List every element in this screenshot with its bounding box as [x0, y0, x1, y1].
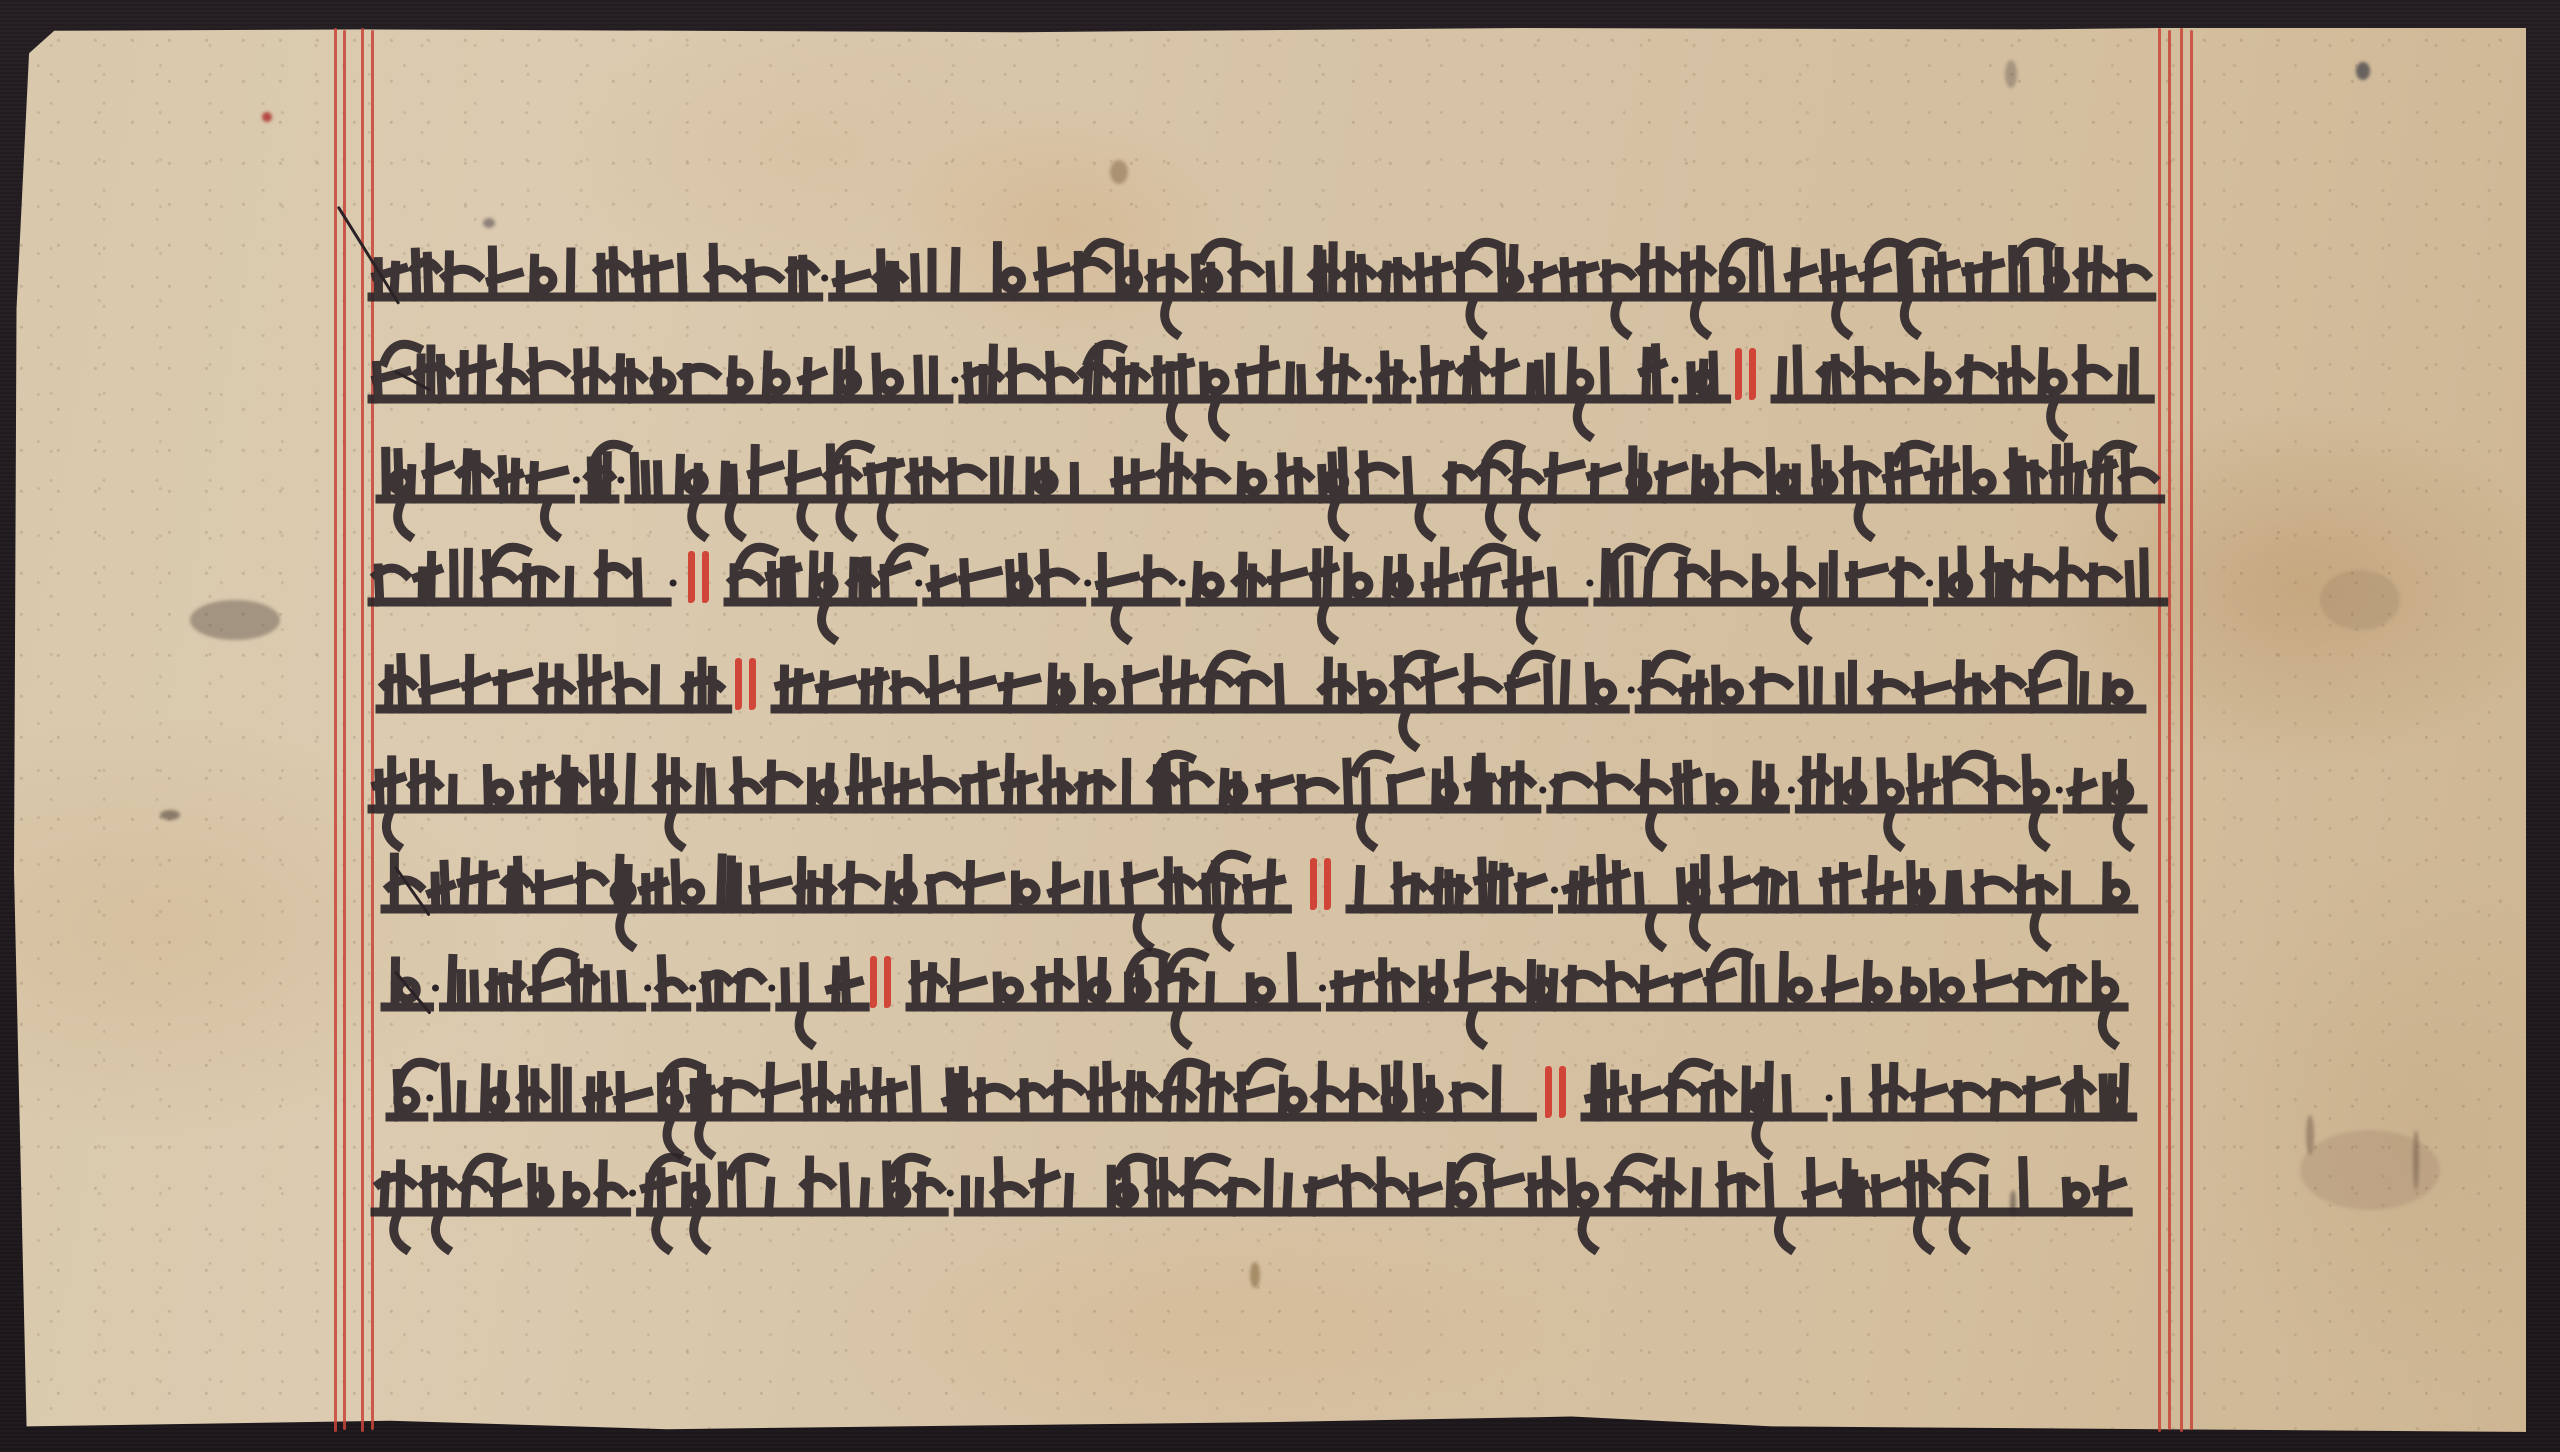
- manuscript-line-5: Line 5: [380, 650, 2145, 716]
- punctuation-dot: [1319, 985, 1326, 992]
- punctuation-dot: [1926, 580, 1933, 587]
- punctuation-dot: [951, 377, 958, 384]
- left-margin-rule-3: [361, 28, 364, 1432]
- script-glyphs: [385, 948, 2140, 1058]
- punctuation-dot: [1551, 887, 1558, 894]
- punctuation-dot: [1365, 377, 1372, 384]
- punctuation-dot: [1179, 580, 1186, 587]
- ink-strokes: [380, 654, 2142, 746]
- ink-strokes: [372, 754, 2143, 846]
- script-glyphs: [372, 750, 2145, 860]
- stain-mark: [2320, 570, 2400, 630]
- red-double-danda: [1310, 858, 1318, 910]
- punctuation-dot: [1409, 377, 1416, 384]
- punctuation-dot: [629, 1190, 636, 1197]
- script-glyphs: [375, 1153, 2140, 1263]
- stain-mark: [160, 810, 180, 820]
- ink-strokes: [372, 242, 2152, 334]
- punctuation-dot: [1788, 787, 1795, 794]
- manuscript-line-2: Line 2: [372, 340, 2150, 406]
- script-glyphs: [380, 440, 2150, 550]
- script-glyphs: [380, 650, 2145, 760]
- punctuation-dot: [947, 1190, 954, 1197]
- manuscript-line-10: Line 10: [375, 1153, 2140, 1219]
- ink-strokes: [385, 952, 2124, 1044]
- punctuation-dot: [1084, 580, 1091, 587]
- punctuation-dot: [2056, 787, 2063, 794]
- punctuation-dot: [670, 580, 677, 587]
- red-double-danda: [735, 658, 743, 710]
- ink-strokes: [372, 344, 2150, 436]
- red-double-danda: [688, 551, 696, 603]
- punctuation-dot: [1671, 377, 1678, 384]
- punctuation-dot: [915, 580, 922, 587]
- script-glyphs: [372, 340, 2150, 450]
- red-double-danda: [1735, 348, 1743, 400]
- stain-mark: [1110, 160, 1128, 184]
- stain-mark: [2300, 1130, 2440, 1210]
- punctuation-dot: [617, 477, 624, 484]
- right-margin-rule-4: [2190, 30, 2193, 1430]
- ink-strokes: [372, 547, 2164, 639]
- punctuation-dot: [821, 275, 828, 282]
- punctuation-dot: [573, 477, 580, 484]
- left-margin-rule-1: [334, 28, 337, 1432]
- red-double-danda: [870, 956, 878, 1008]
- punctuation-dot: [768, 985, 775, 992]
- ink-strokes: [375, 1157, 2128, 1249]
- punctuation-dot: [432, 985, 439, 992]
- right-margin-rule-3: [2180, 28, 2183, 1432]
- manuscript-line-4: Line 4: [372, 543, 2145, 609]
- stain-mark: [483, 218, 495, 228]
- punctuation-dot: [644, 985, 651, 992]
- script-glyphs: [385, 850, 2145, 960]
- left-margin-rule-2: [343, 30, 346, 1430]
- ink-strokes: [385, 854, 2134, 946]
- manuscript-line-8: Line 8: [385, 948, 2140, 1014]
- script-glyphs: [372, 543, 2145, 653]
- stain-mark: [1250, 1262, 1260, 1288]
- manuscript-line-1: Line 1: [372, 238, 2165, 304]
- manuscript-line-9: Line 9: [390, 1058, 2140, 1124]
- punctuation-dot: [1539, 787, 1546, 794]
- punctuation-dot: [426, 1095, 433, 1102]
- manuscript-line-7: Line 7: [385, 850, 2145, 916]
- punctuation-dot: [689, 985, 696, 992]
- script-glyphs: [390, 1058, 2140, 1168]
- manuscript-line-6: Line 6: [372, 750, 2145, 816]
- manuscript-line-3: Line 3: [380, 440, 2150, 506]
- ink-strokes: [380, 444, 2161, 536]
- ink-strokes: [390, 1062, 2133, 1154]
- script-glyphs: [372, 238, 2165, 348]
- stain-mark: [2005, 60, 2017, 88]
- punctuation-dot: [1826, 1095, 1833, 1102]
- stain-mark: [190, 600, 280, 640]
- right-margin-rule-2: [2168, 30, 2171, 1430]
- punctuation-dot: [1586, 580, 1593, 587]
- punctuation-dot: [1628, 687, 1635, 694]
- stain-mark: [262, 112, 272, 122]
- stain-mark: [2356, 62, 2370, 80]
- red-double-danda: [1545, 1066, 1553, 1118]
